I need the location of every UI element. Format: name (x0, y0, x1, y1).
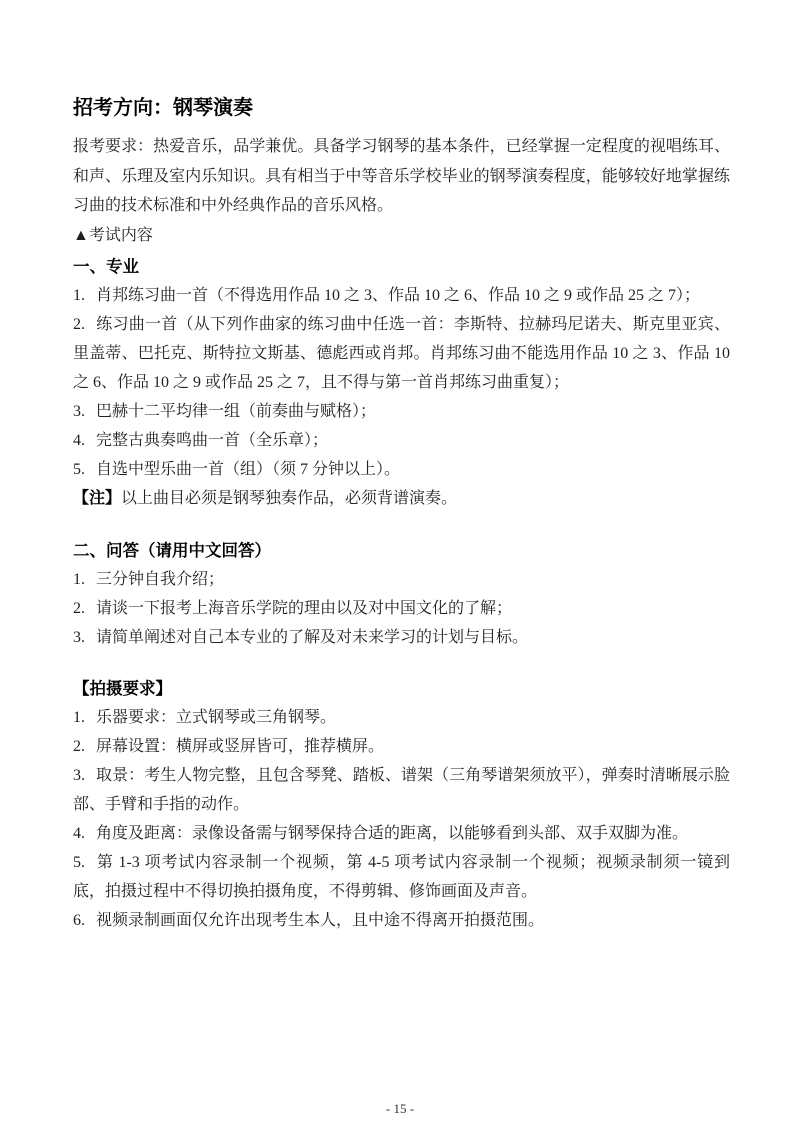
item-text: 第 1-3 项考试内容录制一个视频，第 4-5 项考试内容录制一个视频；视频录制… (73, 854, 730, 900)
page-number: - 15 - (0, 1101, 800, 1117)
list-item: 5.第 1-3 项考试内容录制一个视频，第 4-5 项考试内容录制一个视频；视频… (73, 848, 730, 906)
list-item: 6.视频录制画面仅允许出现考生本人，且中途不得离开拍摄范围。 (73, 906, 730, 935)
list-item: 2.练习曲一首（从下列作曲家的练习曲中任选一首：李斯特、拉赫玛尼诺夫、斯克里亚宾… (73, 310, 730, 397)
item-number: 5. (73, 461, 85, 478)
item-text: 屏幕设置：横屏或竖屏皆可，推荐横屏。 (96, 738, 384, 755)
item-number: 4. (73, 432, 85, 449)
list-item: 5.自选中型乐曲一首（组）（须 7 分钟以上）。 (73, 455, 730, 484)
admission-requirements-paragraph: 报考要求：热爱音乐，品学兼优。具备学习钢琴的基本条件，已经掌握一定程度的视唱练耳… (73, 132, 730, 221)
list-item: 1.乐器要求：立式钢琴或三角钢琴。 (73, 703, 730, 732)
list-item: 2.请谈一下报考上海音乐学院的理由以及对中国文化的了解； (73, 594, 730, 623)
item-text: 自选中型乐曲一首（组）（须 7 分钟以上）。 (96, 461, 400, 478)
item-text: 完整古典奏鸣曲一首（全乐章）； (96, 432, 328, 449)
item-number: 2. (73, 738, 85, 755)
item-number: 4. (73, 825, 85, 842)
list-item: 1.肖邦练习曲一首（不得选用作品 10 之 3、作品 10 之 6、作品 10 … (73, 281, 730, 310)
list-item: 4.角度及距离：录像设备需与钢琴保持合适的距离，以能够看到头部、双手双脚为准。 (73, 819, 730, 848)
item-number: 2. (73, 316, 85, 333)
list-item: 2.屏幕设置：横屏或竖屏皆可，推荐横屏。 (73, 732, 730, 761)
item-text: 练习曲一首（从下列作曲家的练习曲中任选一首：李斯特、拉赫玛尼诺夫、斯克里亚宾、里… (73, 316, 730, 391)
document-content: 招考方向：钢琴演奏 报考要求：热爱音乐，品学兼优。具备学习钢琴的基本条件，已经掌… (73, 94, 730, 935)
qa-list: 1.三分钟自我介绍； 2.请谈一下报考上海音乐学院的理由以及对中国文化的了解； … (73, 565, 730, 652)
item-number: 1. (73, 287, 85, 304)
note-label: 【注】 (73, 490, 121, 507)
item-text: 取景：考生人物完整，且包含琴凳、踏板、谱架（三角琴谱架须放平），弹奏时清晰展示脸… (73, 767, 730, 813)
item-text: 肖邦练习曲一首（不得选用作品 10 之 3、作品 10 之 6、作品 10 之 … (96, 287, 700, 304)
list-item: 3.取景：考生人物完整，且包含琴凳、踏板、谱架（三角琴谱架须放平），弹奏时清晰展… (73, 761, 730, 819)
item-number: 5. (73, 854, 85, 871)
item-number: 2. (73, 600, 85, 617)
section-heading-specialty: 一、专业 (73, 252, 730, 281)
item-text: 三分钟自我介绍； (96, 571, 224, 588)
item-number: 3. (73, 403, 85, 420)
item-text: 乐器要求：立式钢琴或三角钢琴。 (96, 709, 336, 726)
list-item: 3.请简单阐述对自己本专业的了解及对未来学习的计划与目标。 (73, 623, 730, 652)
item-text: 请简单阐述对自己本专业的了解及对未来学习的计划与目标。 (96, 629, 528, 646)
item-number: 6. (73, 912, 85, 929)
document-page: 招考方向：钢琴演奏 报考要求：热爱音乐，品学兼优。具备学习钢琴的基本条件，已经掌… (0, 0, 800, 1133)
item-text: 请谈一下报考上海音乐学院的理由以及对中国文化的了解； (96, 600, 512, 617)
item-number: 3. (73, 767, 85, 784)
list-item: 1.三分钟自我介绍； (73, 565, 730, 594)
item-number: 1. (73, 571, 85, 588)
note-line: 【注】以上曲目必须是钢琴独奏作品，必须背谱演奏。 (73, 484, 730, 514)
list-item: 3.巴赫十二平均律一组（前奏曲与赋格）； (73, 397, 730, 426)
list-item: 4.完整古典奏鸣曲一首（全乐章）； (73, 426, 730, 455)
item-number: 3. (73, 629, 85, 646)
item-number: 1. (73, 709, 85, 726)
exam-content-marker: ▲考试内容 (73, 221, 730, 251)
specialty-list: 1.肖邦练习曲一首（不得选用作品 10 之 3、作品 10 之 6、作品 10 … (73, 281, 730, 484)
filming-list: 1.乐器要求：立式钢琴或三角钢琴。 2.屏幕设置：横屏或竖屏皆可，推荐横屏。 3… (73, 703, 730, 935)
item-text: 角度及距离：录像设备需与钢琴保持合适的距离，以能够看到头部、双手双脚为准。 (96, 825, 688, 842)
page-title: 招考方向：钢琴演奏 (73, 94, 730, 122)
note-text: 以上曲目必须是钢琴独奏作品，必须背谱演奏。 (121, 490, 457, 507)
section-heading-qa: 二、问答（请用中文回答） (73, 536, 730, 565)
item-text: 巴赫十二平均律一组（前奏曲与赋格）； (96, 403, 376, 420)
section-heading-filming: 【拍摄要求】 (73, 674, 730, 703)
item-text: 视频录制画面仅允许出现考生本人，且中途不得离开拍摄范围。 (96, 912, 544, 929)
